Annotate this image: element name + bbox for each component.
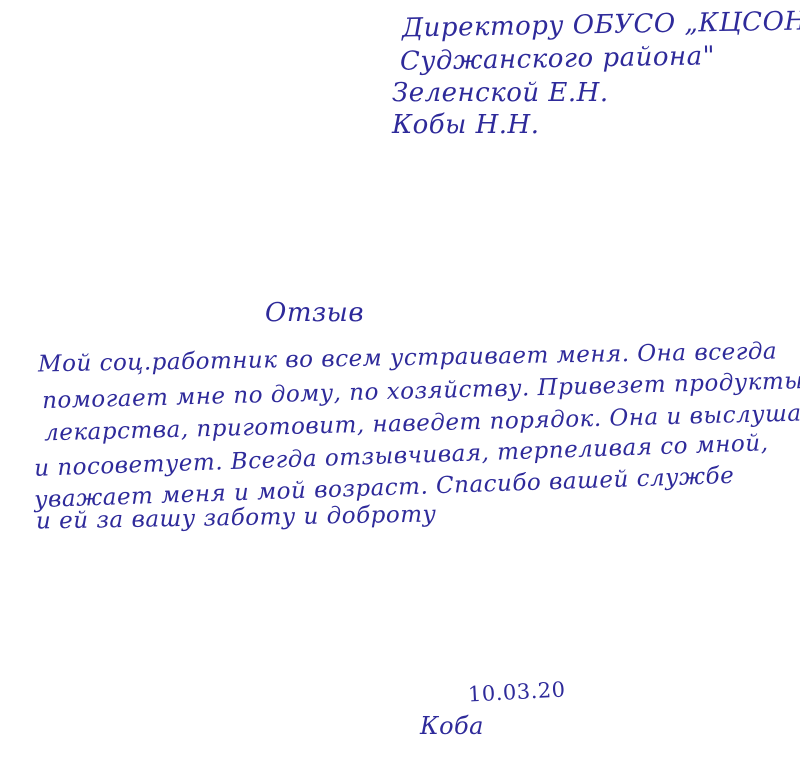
letter-date: 10.03.20 — [467, 677, 566, 706]
addressee-line: Зеленской Е.Н. — [392, 78, 609, 108]
letter-title: Отзыв — [265, 298, 364, 328]
addressee-line: Директору ОБУСО „КЦСОН — [402, 6, 800, 43]
addressee-line: Суджанского района" — [400, 41, 716, 76]
addressee-line: Кобы Н.Н. — [392, 110, 539, 140]
signature: Коба — [420, 712, 484, 740]
body-line: и ей за вашу заботу и доброту — [36, 502, 437, 535]
